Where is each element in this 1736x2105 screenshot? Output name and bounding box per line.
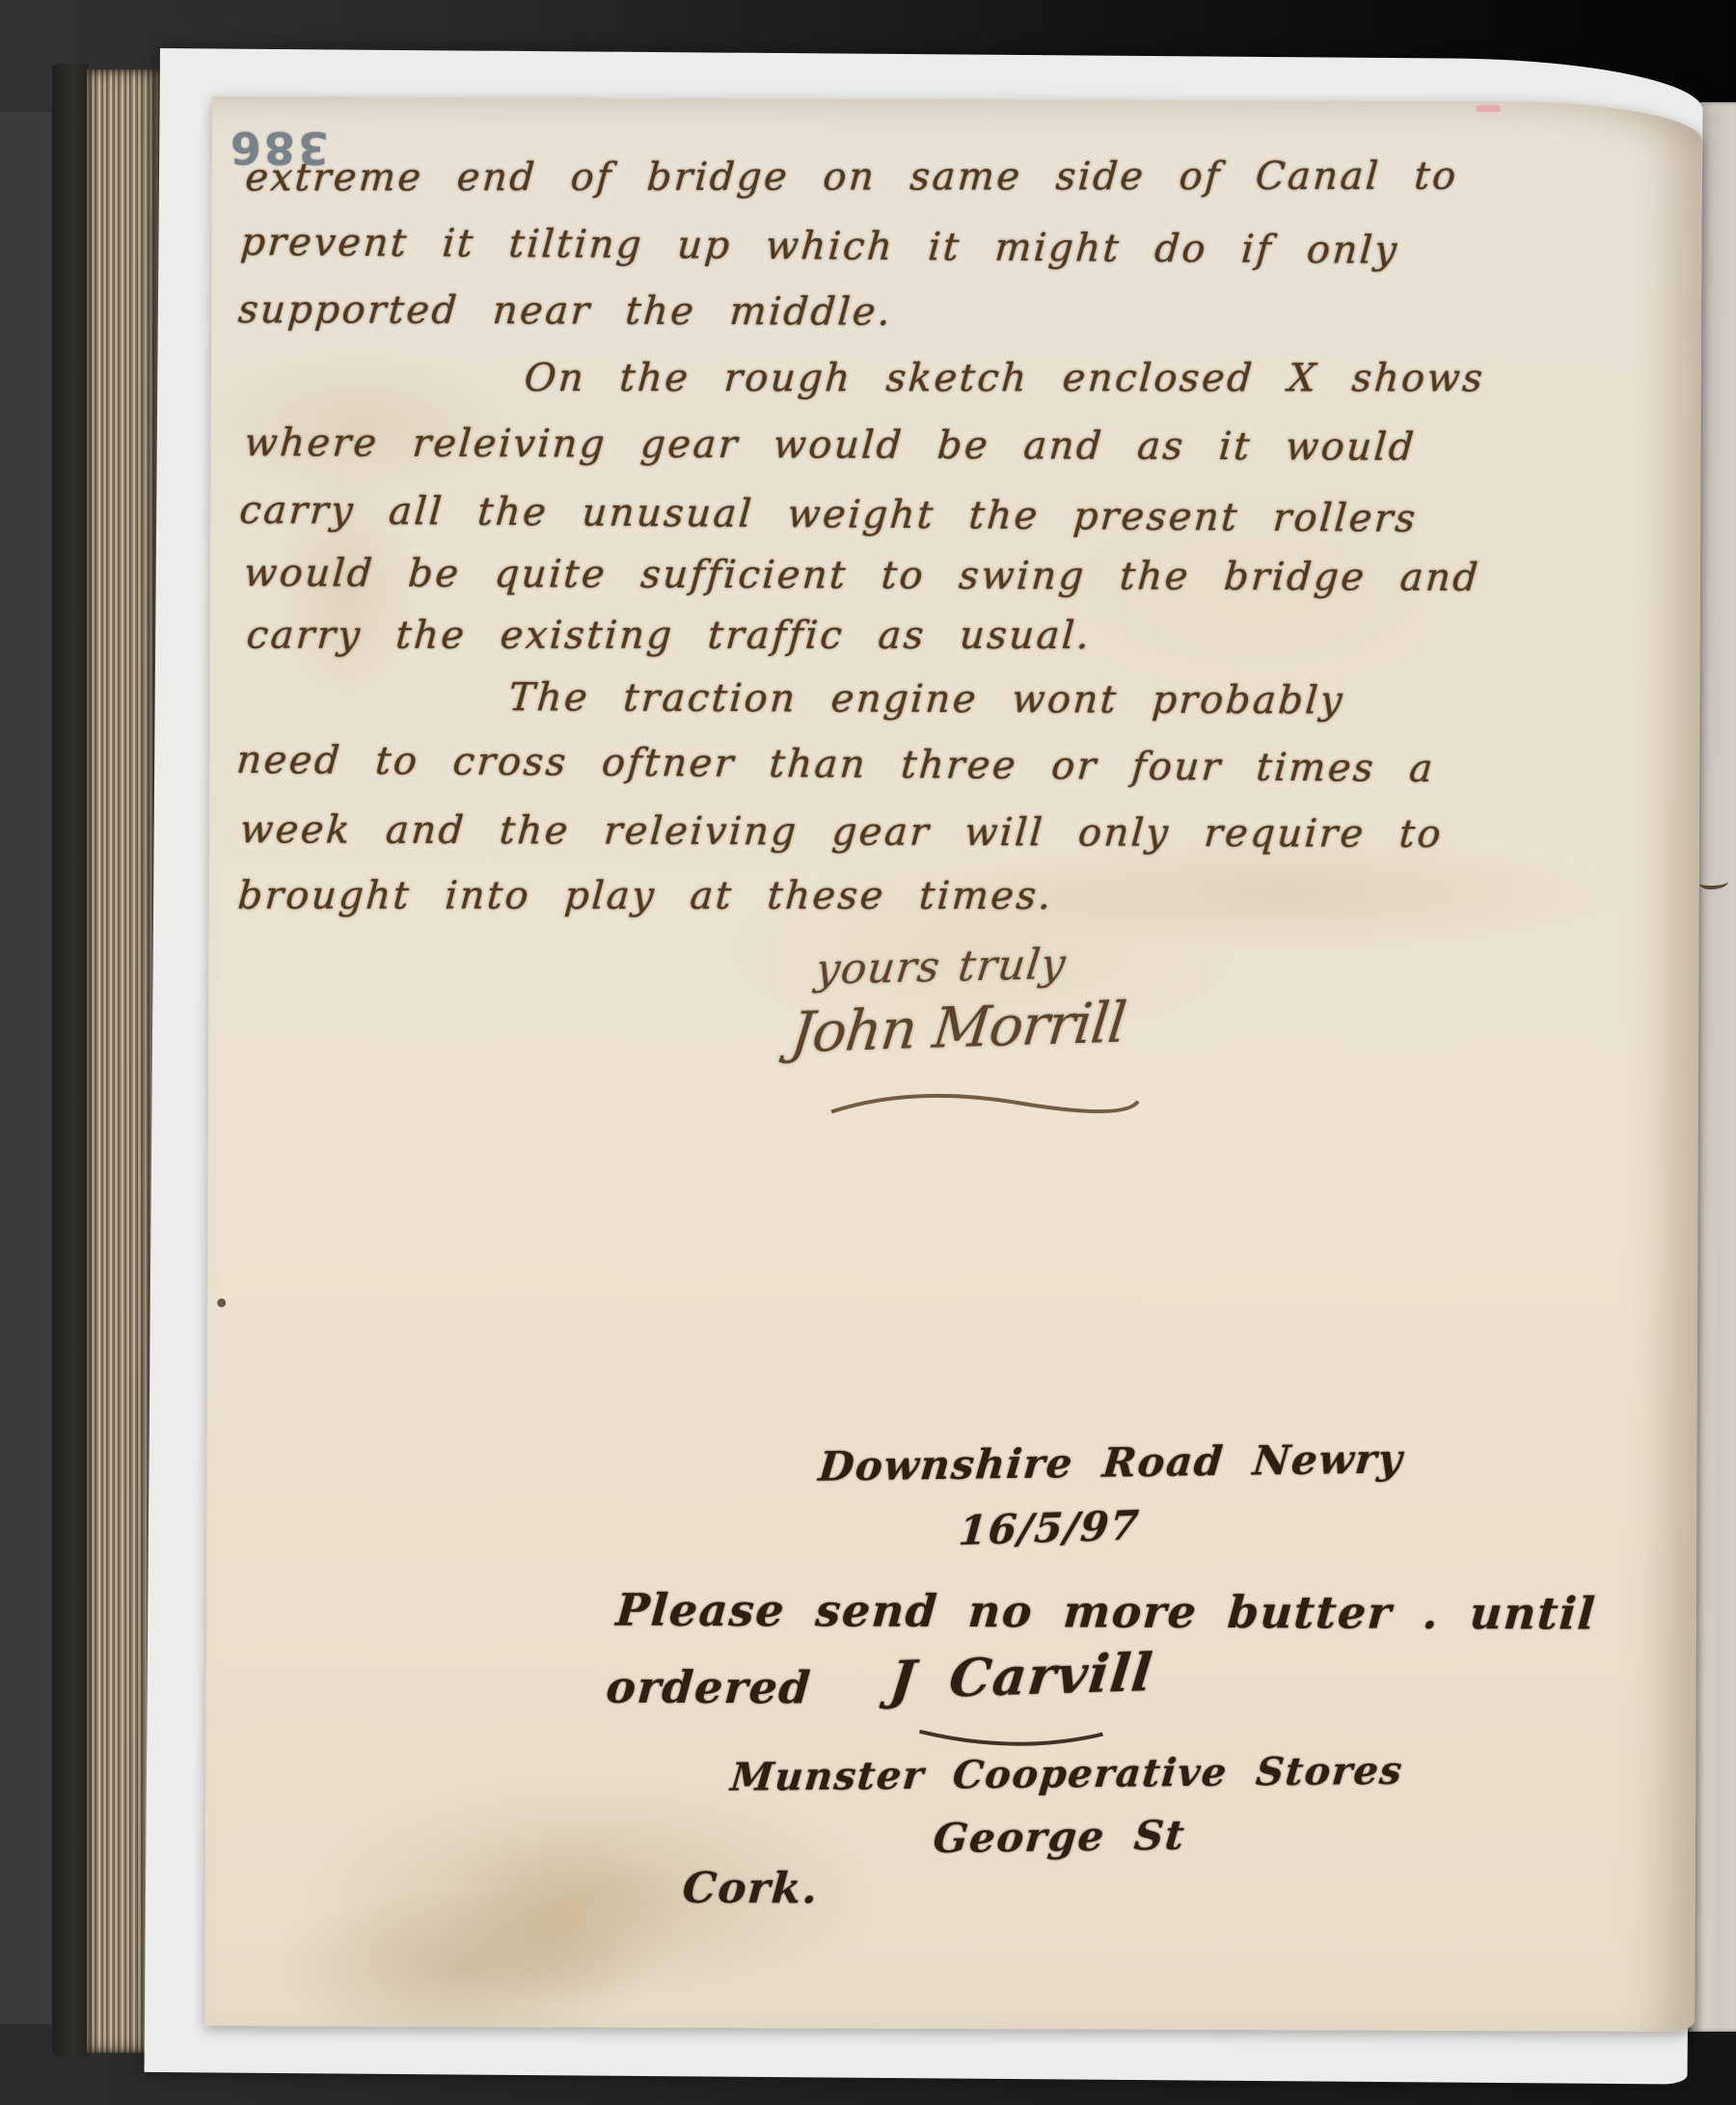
note-signature-flourish xyxy=(909,1726,1122,1754)
letter-line: where releiving gear would be and as it … xyxy=(243,421,1418,470)
note-city: Cork. xyxy=(681,1864,821,1914)
letter-line: extreme end of bridge on same side of Ca… xyxy=(244,154,1459,201)
letter-line: week and the releiving gear will only re… xyxy=(238,807,1444,857)
note-request-line: Please send no more butter . until xyxy=(614,1584,1598,1640)
paper-stain xyxy=(436,1834,688,2009)
letter-line: would be quite sufficient to swing the b… xyxy=(242,551,1481,600)
signature-flourish xyxy=(826,1090,1144,1122)
letter-line: brought into play at these times. xyxy=(236,874,1054,918)
valediction: yours truly xyxy=(813,940,1069,995)
note-signature: J Carvill xyxy=(887,1641,1156,1710)
letter-line: carry the existing traffic as usual. xyxy=(245,614,1093,658)
pink-smudge xyxy=(1476,105,1501,112)
letter-line: need to cross oftner than three or four … xyxy=(235,738,1437,791)
note-date: 16/5/97 xyxy=(957,1501,1142,1554)
letter-line: supported near the middle. xyxy=(236,287,894,335)
letter-line: The traction engine wont probably xyxy=(507,675,1346,723)
letter-line: On the rough sketch enclosed X shows xyxy=(523,356,1486,400)
letter-line: prevent it tilting up which it might do … xyxy=(239,220,1400,273)
letter-page: 386 extreme end of bridge on same side o… xyxy=(204,96,1702,2032)
letter-line: carry all the unusual weight the present… xyxy=(238,488,1420,541)
note-street: George St xyxy=(932,1812,1188,1863)
signature: John Morrill xyxy=(788,990,1129,1066)
note-address: Downshire Road Newry xyxy=(817,1435,1405,1490)
book-cover-edge xyxy=(52,64,89,2057)
note-request-line: ordered xyxy=(605,1661,813,1714)
ink-spot xyxy=(217,1299,226,1307)
note-organisation: Munster Cooperative Stores xyxy=(729,1748,1405,1800)
